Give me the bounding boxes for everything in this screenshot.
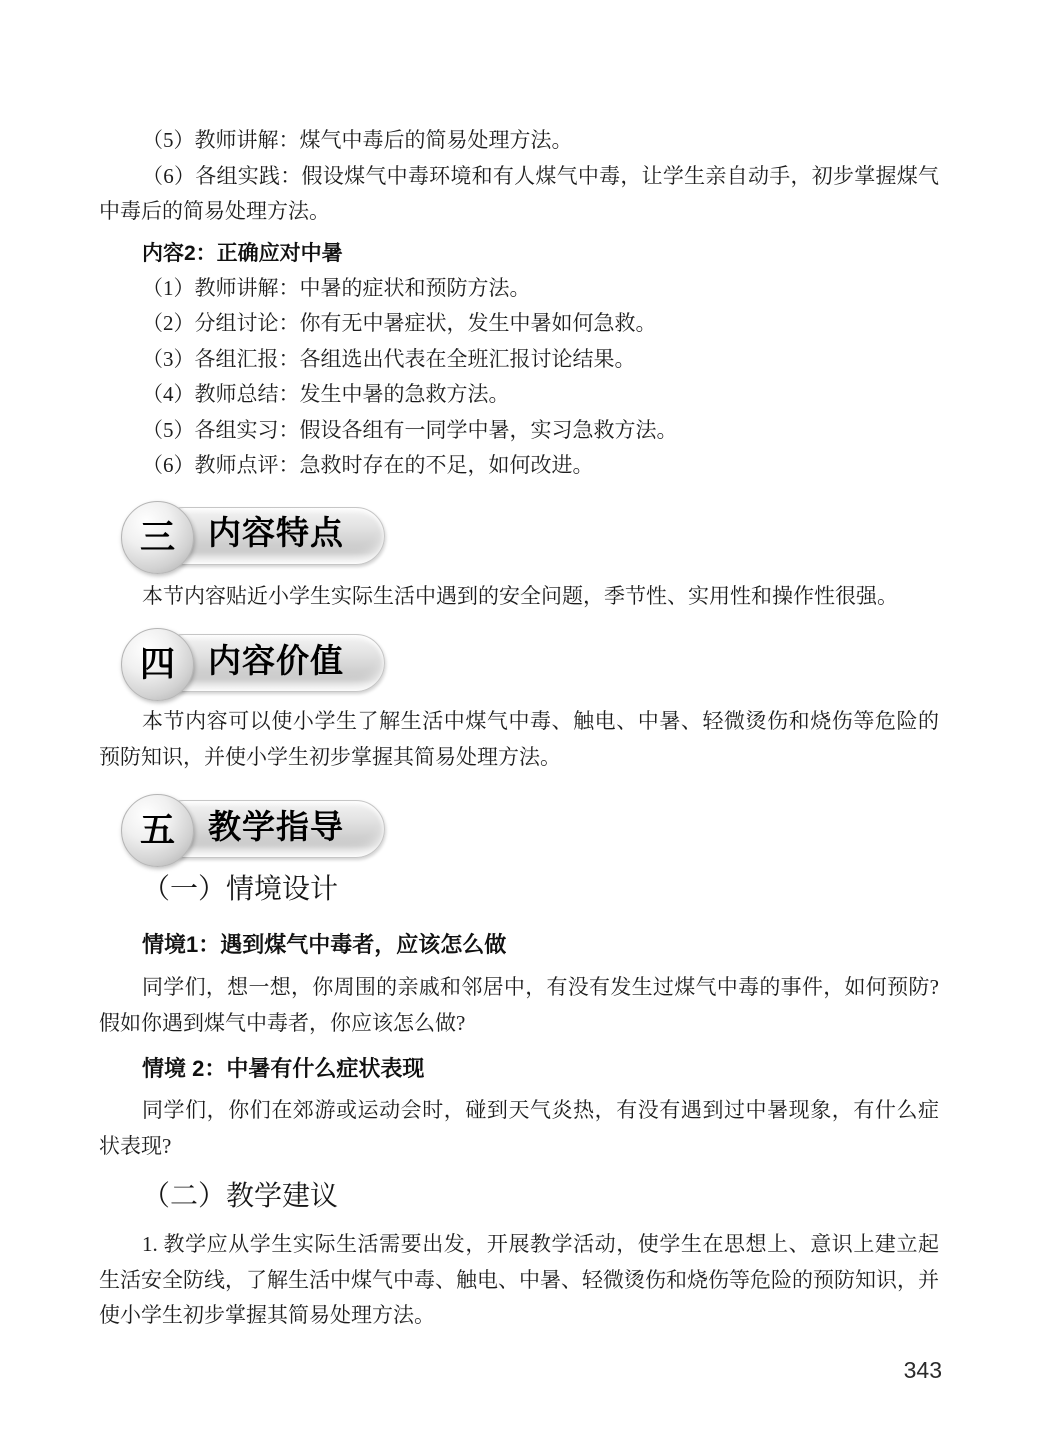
section-3-number: 三 (140, 520, 175, 555)
book-page: （5）教师讲解：煤气中毒后的简易处理方法。 （6）各组实践：假设煤气中毒环境和有… (0, 0, 1038, 1452)
section-4-number-circle: 四 (121, 628, 194, 701)
section-3-number-circle: 三 (121, 501, 194, 574)
section-badge-5: 教学指导 五 (121, 794, 385, 868)
content2-item-3: （3）各组汇报：各组选出代表在全班汇报讨论结果。 (99, 342, 939, 378)
suggestion-1: 1. 教学应从学生实际生活需要出发，开展教学活动，使学生在思想上、意识上建立起生… (99, 1227, 939, 1334)
content2-item-4: （4）教师总结：发生中暑的急救方法。 (99, 377, 939, 413)
subsection-1-heading: （一）情境设计 (99, 870, 939, 910)
content2-item-6: （6）教师点评：急救时存在的不足，如何改进。 (99, 448, 939, 484)
content2-item-1: （1）教师讲解：中暑的症状和预防方法。 (99, 271, 939, 307)
section-badge-3: 内容特点 三 (121, 501, 385, 575)
content1-item-5: （5）教师讲解：煤气中毒后的简易处理方法。 (99, 123, 939, 159)
content2-item-2: （2）分组讨论：你有无中暑症状，发生中暑如何急救。 (99, 306, 939, 342)
scenario-2-heading: 情境 2：中暑有什么症状表现 (99, 1051, 939, 1087)
section-3-body: 本节内容贴近小学生实际生活中遇到的安全问题，季节性、实用性和操作性很强。 (99, 579, 939, 615)
content2-item-5: （5）各组实习：假设各组有一同学中暑，实习急救方法。 (99, 413, 939, 449)
section-4-number: 四 (140, 647, 175, 682)
subsection-2-heading: （二）教学建议 (99, 1177, 939, 1217)
page-number: 343 (904, 1357, 942, 1384)
content2-heading: 内容2：正确应对中暑 (99, 236, 939, 271)
section-badge-4: 内容价值 四 (121, 628, 385, 702)
section-4-body: 本节内容可以使小学生了解生活中煤气中毒、触电、中暑、轻微烫伤和烧伤等危险的预防知… (99, 704, 939, 775)
section-5-number: 五 (140, 813, 175, 848)
scenario-2-body: 同学们，你们在郊游或运动会时，碰到天气炎热，有没有遇到过中暑现象，有什么症状表现… (99, 1093, 939, 1164)
page-content: （5）教师讲解：煤气中毒后的简易处理方法。 （6）各组实践：假设煤气中毒环境和有… (99, 123, 939, 1334)
section-5-number-circle: 五 (121, 794, 194, 867)
scenario-1-heading: 情境1：遇到煤气中毒者，应该怎么做 (99, 927, 939, 963)
content1-item-6: （6）各组实践：假设煤气中毒环境和有人煤气中毒，让学生亲自动手，初步掌握煤气中毒… (99, 159, 939, 230)
scenario-1-body: 同学们，想一想，你周围的亲戚和邻居中，有没有发生过煤气中毒的事件，如何预防? 假… (99, 970, 939, 1041)
